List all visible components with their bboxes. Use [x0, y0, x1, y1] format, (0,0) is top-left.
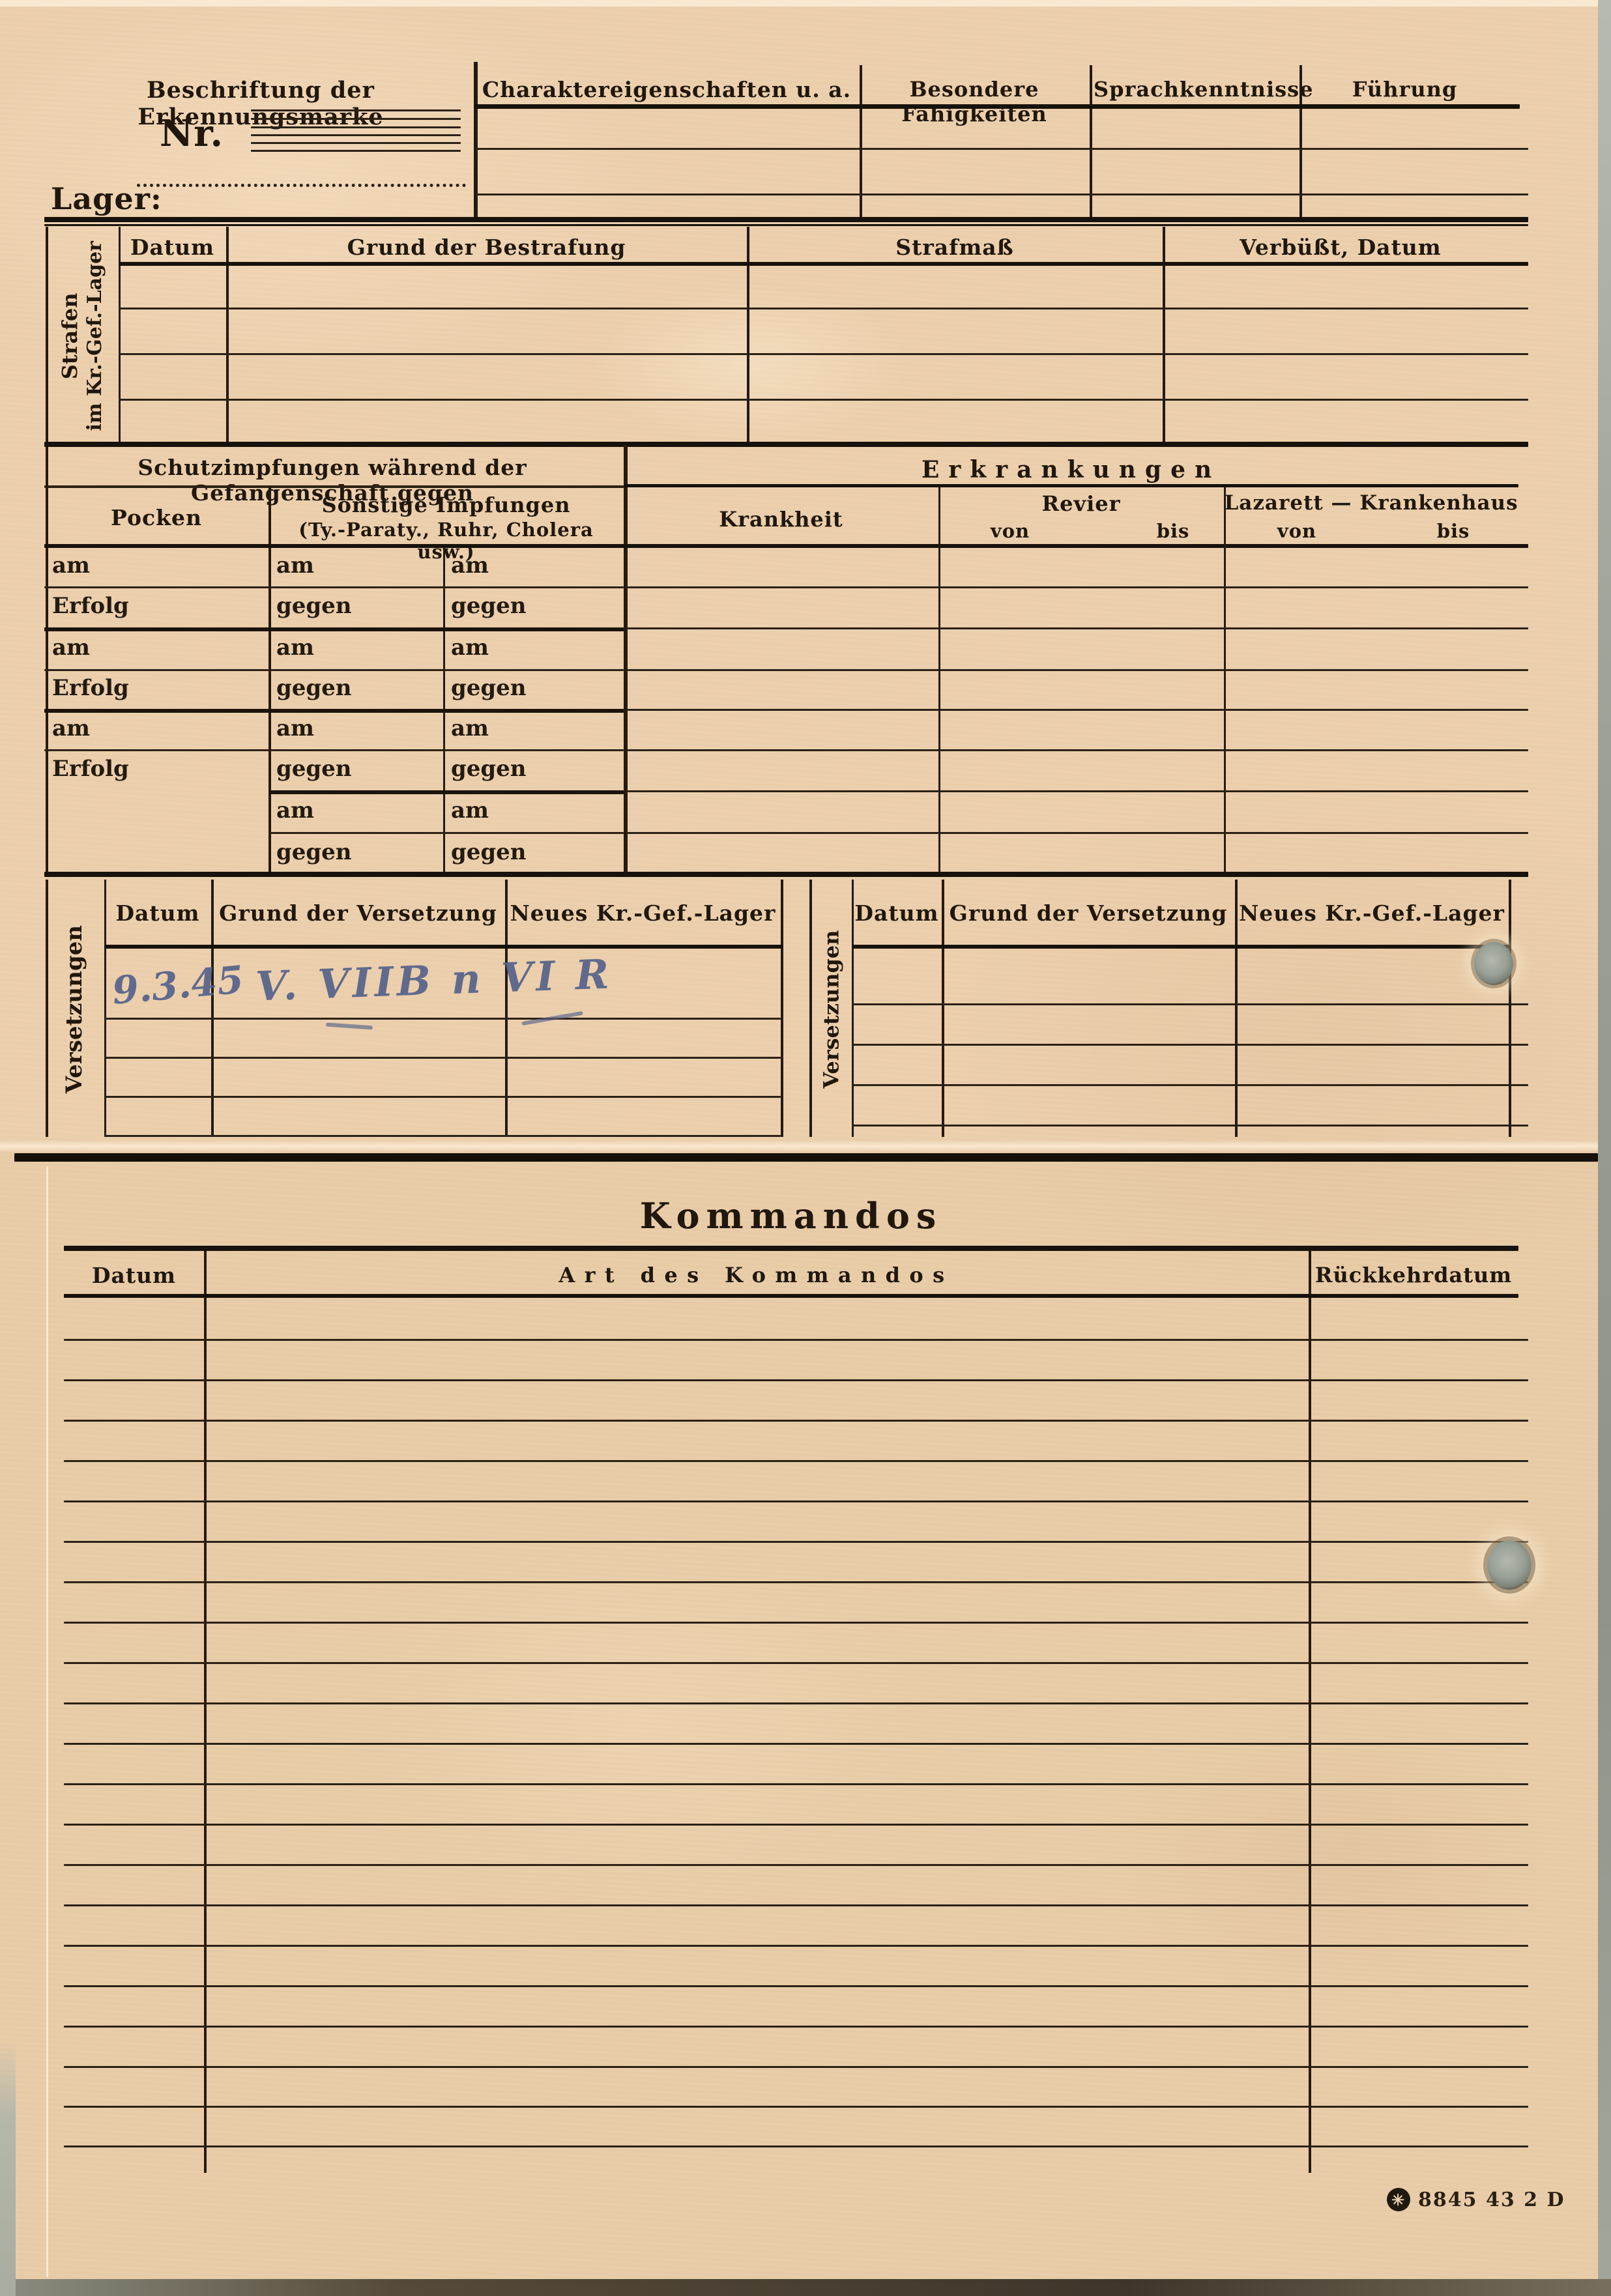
strafen-col-datum: Datum	[119, 235, 226, 260]
cell-label: gegen	[451, 675, 527, 701]
rule-line	[104, 1096, 781, 1098]
col-faehigkeiten: Besondere Fähigkeiten	[864, 77, 1085, 126]
rule-line	[119, 399, 1528, 401]
cell-label: am	[451, 635, 489, 661]
rule-line	[251, 150, 461, 152]
section-rule	[44, 442, 1528, 447]
header-underline	[64, 1294, 1518, 1298]
cell-label: am	[451, 797, 489, 824]
rule-line	[628, 586, 1528, 588]
cell-label: gegen	[276, 756, 352, 782]
lazarett-bis: bis	[1421, 520, 1486, 542]
col-charakter: Charaktereigenschaften u. a.	[480, 77, 853, 102]
rule-line	[64, 1743, 1528, 1745]
section-top-rule-2	[44, 224, 1528, 226]
revier-bis: bis	[1140, 520, 1206, 542]
border	[46, 447, 48, 875]
pocken-header: Pocken	[44, 505, 268, 530]
rule-line	[104, 1057, 781, 1059]
rule-line	[474, 148, 1528, 150]
cell-label: am	[276, 552, 314, 579]
rule-line	[64, 1541, 1528, 1543]
rule-line	[628, 832, 1528, 834]
vertical-crease	[46, 1166, 48, 2277]
vers-col-datum: Datum	[104, 900, 211, 926]
vers-col-neues: Neues Kr.-Gef.-Lager	[505, 900, 781, 926]
section-top-rule	[44, 217, 1528, 222]
kommandos-col-datum: Datum	[64, 1263, 204, 1288]
rule-line	[251, 134, 461, 136]
rule-line	[64, 1945, 1528, 1947]
erkrankungen-title: Erkrankungen	[624, 456, 1518, 483]
rule-line	[251, 118, 461, 120]
scanner-edge-right	[1598, 0, 1611, 2296]
top-edge-light	[0, 0, 1611, 7]
cell-label: am	[276, 715, 314, 741]
rule-line	[251, 109, 461, 111]
strafen-col-verbuesst: Verbüßt, Datum	[1163, 235, 1518, 260]
kommandos-col-rueckkehr: Rückkehrdatum	[1309, 1263, 1518, 1287]
border	[781, 880, 783, 1137]
cell-label: Erfolg	[52, 756, 129, 782]
rule-line	[628, 749, 1528, 751]
rule-line	[64, 1622, 1528, 1624]
vers-col-grund: Grund der Versetzung	[211, 900, 505, 926]
divider	[1309, 1251, 1311, 2173]
col-fuehrung: Führung	[1303, 77, 1506, 102]
vers-col-datum: Datum	[852, 900, 942, 926]
rule-line	[64, 2066, 1528, 2068]
rule-line	[64, 1662, 1528, 1664]
cell-label: am	[276, 797, 314, 824]
rule-line	[44, 586, 624, 588]
side-label-line1: Strafen	[57, 241, 83, 431]
rule-line	[44, 669, 624, 671]
cell-label: am	[52, 635, 90, 661]
rule-line	[628, 790, 1528, 792]
rule-line	[64, 1783, 1528, 1785]
rule-line	[44, 627, 624, 631]
rule-line	[64, 1460, 1528, 1462]
lager-fill-line	[137, 184, 466, 187]
rule-line	[64, 1904, 1528, 1906]
scanner-edge-bottom-left	[0, 2039, 16, 2296]
strafen-col-grund: Grund der Bestrafung	[226, 235, 747, 260]
rule-line	[268, 790, 624, 794]
divider	[204, 1251, 207, 2173]
rule-line	[64, 2145, 1528, 2147]
revier-von: von	[978, 520, 1043, 542]
rule-line	[64, 1581, 1528, 1583]
scanner-edge-bottom	[0, 2279, 1611, 2296]
cell-label: am	[52, 715, 90, 741]
cell-label: am	[52, 552, 90, 579]
strafen-col-strafmass: Strafmaß	[747, 235, 1163, 260]
id-block-title: Beschriftung der Erkennungsmarke	[62, 77, 459, 130]
rule-line	[64, 1824, 1528, 1826]
rule-line	[44, 709, 624, 713]
cell-label: gegen	[276, 593, 352, 619]
rule-line	[64, 1500, 1528, 1502]
rule-line	[852, 1084, 1528, 1086]
rule-line	[64, 1702, 1528, 1704]
rule-line	[628, 627, 1528, 629]
border	[1509, 880, 1511, 1137]
vers-col-neues: Neues Kr.-Gef.-Lager	[1235, 900, 1509, 926]
rule-line	[64, 1985, 1528, 1987]
rule-line	[852, 1125, 1528, 1126]
border	[46, 227, 48, 445]
fold-crease	[0, 1140, 1611, 1152]
divider	[938, 487, 940, 875]
rule-line	[119, 308, 1528, 309]
section-bottom-rule	[44, 872, 1528, 877]
col-sprachen: Sprachkenntnisse	[1094, 77, 1296, 102]
rule-line	[64, 2106, 1528, 2108]
vers-col-grund: Grund der Versetzung	[942, 900, 1235, 926]
title-underline	[624, 484, 1518, 487]
kommandos-title: Kommandos	[64, 1195, 1518, 1237]
rule-line	[104, 1018, 781, 1020]
header-underline	[852, 945, 1511, 949]
print-code-text: 8845 43 2 D	[1418, 2188, 1565, 2211]
border	[46, 880, 48, 1137]
rule-line	[64, 2026, 1528, 2028]
cell-label: am	[451, 715, 489, 741]
revier-header: Revier	[938, 491, 1224, 516]
rule-line	[268, 832, 624, 834]
title-underline	[44, 485, 624, 488]
id-number-label: Nr.	[160, 112, 238, 155]
border	[809, 880, 812, 1137]
rule-line	[251, 126, 461, 128]
divider	[1224, 487, 1226, 875]
divider	[474, 62, 478, 222]
side-label-line2: im Kr.-Gef.-Lager	[83, 241, 108, 431]
cell-label: gegen	[451, 593, 527, 619]
rule-line	[628, 709, 1528, 711]
rule-line	[44, 749, 624, 751]
punch-hole	[1474, 942, 1513, 985]
versetzungen-side-label: Versetzungen	[44, 881, 104, 1137]
card-divider-rule	[14, 1153, 1598, 1162]
cell-label: Erfolg	[52, 593, 129, 619]
cell-label: am	[451, 552, 489, 579]
print-code: ✳ 8845 43 2 D	[1387, 2188, 1565, 2211]
header-underline	[104, 945, 783, 949]
printers-mark-icon: ✳	[1387, 2188, 1410, 2211]
cell-label: gegen	[451, 756, 527, 782]
versetzungen-side-label: Versetzungen	[809, 881, 852, 1137]
lazarett-von: von	[1264, 520, 1329, 542]
rule-line	[64, 1420, 1528, 1422]
table-top-rule	[64, 1246, 1518, 1251]
sonstige-header-line1: Sonstige Impfungen	[268, 493, 624, 517]
cell-label: Erfolg	[52, 675, 129, 701]
lazarett-header: Lazarett — Krankenhaus	[1224, 491, 1518, 515]
header-underline	[474, 104, 1520, 109]
header-underline	[119, 262, 1528, 266]
rule-line	[251, 142, 461, 144]
cell-label: am	[276, 635, 314, 661]
rule-line	[64, 1864, 1528, 1866]
rule-line	[104, 1135, 781, 1137]
rule-line	[628, 669, 1528, 671]
rule-line	[852, 1044, 1528, 1046]
rule-line	[119, 353, 1528, 355]
rule-line	[852, 1003, 1528, 1005]
sonstige-header-line2: (Ty.-Paraty., Ruhr, Cholera usw.)	[268, 519, 624, 563]
colheader-underline	[44, 544, 1528, 548]
rule-line	[64, 1379, 1528, 1381]
cell-label: gegen	[276, 675, 352, 701]
kommandos-col-art: Art des Kommandos	[204, 1263, 1309, 1287]
scanned-pow-card-back: Beschriftung der Erkennungsmarke Nr. Lag…	[0, 0, 1611, 2296]
krankheit-header: Krankheit	[624, 507, 938, 532]
punch-hole	[1487, 1540, 1531, 1590]
rule-line	[474, 194, 1528, 195]
cell-label: gegen	[451, 839, 527, 865]
rule-line	[64, 1339, 1528, 1341]
strafen-side-label: Strafen im Kr.-Gef.-Lager	[46, 227, 119, 445]
cell-label: gegen	[276, 839, 352, 865]
